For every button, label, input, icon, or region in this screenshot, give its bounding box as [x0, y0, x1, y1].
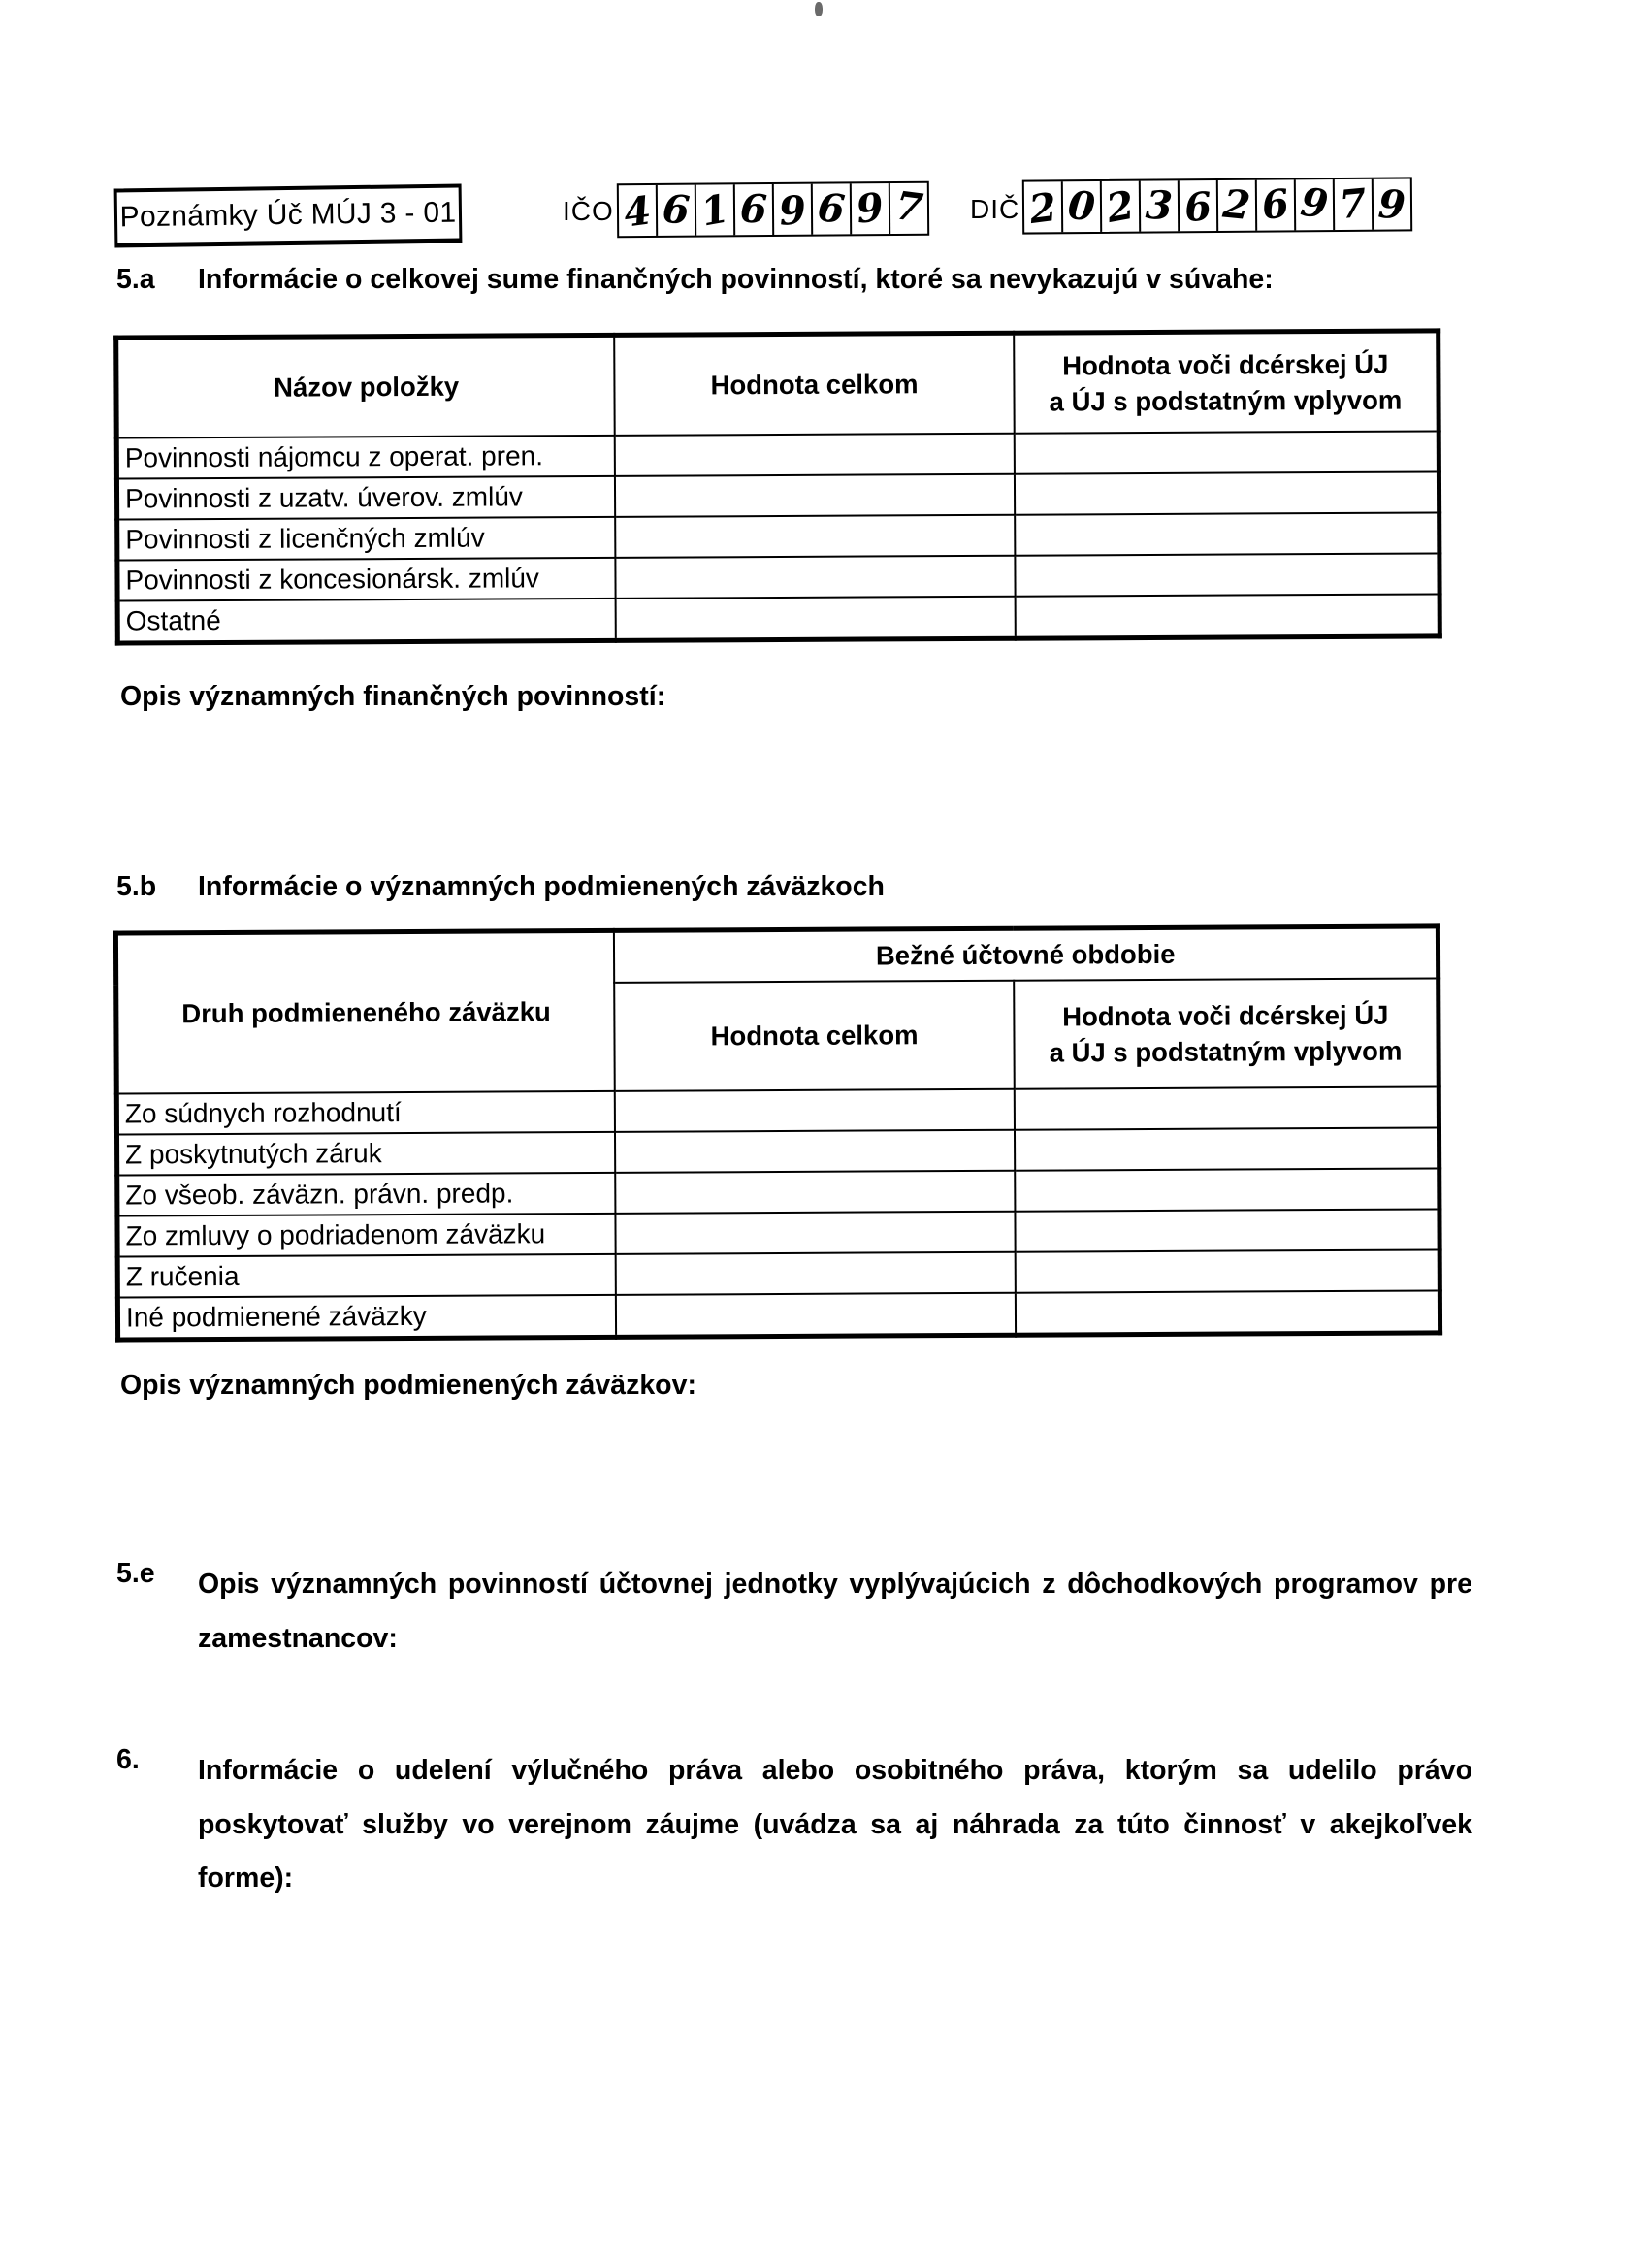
column-header-total: Hodnota celkom — [615, 981, 1015, 1091]
dic-digit: 2 — [1221, 185, 1252, 227]
section-6-number: 6. — [116, 1744, 140, 1776]
value-cell-subsidiary — [1015, 471, 1439, 514]
section-5a-heading: 5.a Informácie o celkovej sume finančnýc… — [116, 264, 1494, 296]
dic-digit-cell: 3 — [1139, 180, 1178, 231]
ico-digit-cell: 6 — [811, 183, 850, 234]
ico-digit-cell: 4 — [619, 185, 656, 236]
row-label-cell: Povinnosti z koncesionársk. zmlúv — [117, 558, 616, 601]
dic-digit: 6 — [1183, 187, 1213, 228]
ico-digit: 6 — [662, 190, 692, 231]
table-row: Povinnosti z uzatv. úverov. zmlúv — [116, 471, 1439, 519]
value-cell-total — [616, 1212, 1016, 1254]
form-code-label: Poznámky Úč MÚJ 3 - 01 — [119, 197, 456, 235]
row-label-cell: Povinnosti z uzatv. úverov. zmlúv — [116, 476, 615, 520]
value-cell-total — [615, 434, 1015, 476]
table-row: Povinnosti nájomcu z operat. pren. — [116, 431, 1439, 478]
dic-digit-cell: 2 — [1216, 180, 1255, 231]
dic-digit-cell: 6 — [1178, 180, 1216, 231]
dic-digit: 9 — [1377, 185, 1406, 226]
dic-digit: 2 — [1104, 186, 1138, 229]
dic-digit: 0 — [1067, 186, 1097, 227]
dic-digit: 3 — [1145, 186, 1174, 226]
column-header-name: Názov položky — [116, 335, 615, 437]
table-row: Zo zmluvy o podriadenom záväzku — [117, 1209, 1439, 1256]
row-label-cell: Zo súdnych rozhodnutí — [116, 1091, 615, 1135]
dic-label: DIČ — [970, 194, 1019, 225]
ico-digit-cell: 9 — [850, 183, 889, 234]
row-label-cell: Z ručenia — [117, 1254, 616, 1298]
value-cell-subsidiary — [1016, 1290, 1440, 1335]
value-cell-subsidiary — [1015, 1209, 1439, 1251]
value-cell-subsidiary — [1015, 1086, 1439, 1129]
dic-digit-cell: 2 — [1100, 181, 1139, 232]
column-header-period: Bežné účtovné obdobie — [614, 926, 1438, 983]
column-header-subsidiary: Hodnota voči dcérskej ÚJ a ÚJ s podstatn… — [1014, 978, 1439, 1088]
contingent-liabilities-table: Druh podmieneného záväzku Bežné účtovné … — [113, 923, 1442, 1342]
table-row: Zo súdnych rozhodnutí — [116, 1086, 1439, 1134]
section-5b-number: 5.b — [116, 871, 156, 903]
table-row: Zo všeob. záväzn. právn. predp. — [117, 1168, 1439, 1215]
table-row: Povinnosti z koncesionársk. zmlúv — [117, 553, 1439, 600]
dic-digit: 9 — [1299, 183, 1331, 225]
value-cell-total — [616, 1171, 1016, 1214]
dic-digit-cell: 2 — [1024, 181, 1061, 232]
dic-digit-cell: 9 — [1372, 178, 1410, 229]
value-cell-subsidiary — [1015, 553, 1439, 596]
row-label-cell: Ostatné — [117, 599, 616, 643]
table-row: Z poskytnutých záruk — [116, 1127, 1439, 1175]
row-label-cell: Povinnosti nájomcu z operat. pren. — [116, 436, 615, 479]
value-cell-subsidiary — [1015, 431, 1439, 473]
dic-digit-cell: 7 — [1333, 179, 1372, 230]
ico-digit: 9 — [855, 188, 886, 230]
section-6-text: Informácie o udelení výlučného práva ale… — [198, 1744, 1472, 1906]
section-6-paragraph: 6. Informácie o udelení výlučného práva … — [116, 1744, 1474, 1906]
value-cell-total — [615, 474, 1015, 517]
ico-digit: 4 — [622, 191, 654, 233]
section-5b-heading: 5.b Informácie o významných podmienených… — [116, 871, 1494, 903]
dic-digit-cell: 6 — [1255, 179, 1294, 230]
section-5e-text: Opis významných povinností účtovnej jedn… — [198, 1558, 1472, 1666]
row-label-cell: Z poskytnutých záruk — [116, 1132, 615, 1176]
value-cell-subsidiary — [1015, 594, 1439, 638]
ico-digit: 1 — [698, 189, 732, 232]
table-header-row: Názov položky Hodnota celkom Hodnota voč… — [116, 331, 1439, 438]
value-cell-subsidiary — [1015, 1127, 1439, 1170]
ico-digit: 6 — [816, 188, 847, 230]
dic-digit: 7 — [1338, 184, 1369, 225]
column-header-total: Hodnota celkom — [615, 333, 1015, 436]
value-cell-subsidiary — [1015, 1168, 1439, 1211]
dic-digit-grid: 2 0 2 3 6 2 6 9 7 9 — [1022, 177, 1412, 234]
value-cell-total — [616, 1293, 1016, 1338]
table-row: Ostatné — [117, 594, 1439, 643]
row-label-cell: Zo zmluvy o podriadenom záväzku — [117, 1214, 616, 1257]
ico-digit-grid: 4 6 1 6 9 6 9 7 — [617, 181, 929, 239]
scanned-form-page: Poznámky Úč MÚJ 3 - 01 IČO 4 6 1 6 9 6 9… — [0, 0, 1649, 2268]
row-label-cell: Zo všeob. záväzn. právn. predp. — [117, 1173, 616, 1216]
column-header-subsidiary: Hodnota voči dcérskej ÚJ a ÚJ s podstatn… — [1014, 331, 1439, 434]
contingent-liabilities-description-label: Opis významných podmienených záväzkov: — [120, 1370, 696, 1402]
value-cell-total — [615, 1089, 1015, 1132]
value-cell-subsidiary — [1015, 512, 1439, 555]
form-code-box: Poznámky Úč MÚJ 3 - 01 — [114, 184, 463, 248]
value-cell-total — [616, 597, 1016, 641]
ico-digit: 9 — [778, 191, 808, 232]
section-5e-paragraph: 5.e Opis významných povinností účtovnej … — [116, 1558, 1474, 1666]
ico-digit-cell: 7 — [889, 183, 927, 234]
financial-obligations-description-label: Opis významných finančných povinností: — [120, 681, 665, 713]
column-header-liability-type: Druh podmieneného záväzku — [115, 930, 615, 1093]
ico-digit-cell: 6 — [656, 185, 695, 236]
value-cell-total — [615, 1130, 1015, 1173]
ico-digit-cell: 9 — [772, 184, 811, 235]
table-row: Z ručenia — [117, 1249, 1439, 1297]
financial-obligations-table: Názov položky Hodnota celkom Hodnota voč… — [113, 328, 1442, 645]
row-label-cell: Povinnosti z licenčných zmlúv — [117, 517, 616, 561]
row-label-cell: Iné podmienené záväzky — [117, 1295, 616, 1340]
value-cell-total — [616, 515, 1016, 558]
table-row: Povinnosti z licenčných zmlúv — [117, 512, 1439, 560]
ico-digit-cell: 1 — [695, 184, 733, 235]
value-cell-subsidiary — [1016, 1249, 1440, 1292]
dic-digit-cell: 9 — [1294, 179, 1333, 230]
ico-label: IČO — [563, 196, 614, 227]
section-5b-title: Informácie o významných podmienených záv… — [198, 871, 885, 902]
dic-digit: 2 — [1027, 188, 1059, 230]
value-cell-total — [616, 1252, 1016, 1295]
dic-digit: 6 — [1260, 184, 1291, 226]
table-row: Iné podmienené záväzky — [117, 1290, 1439, 1340]
value-cell-total — [616, 556, 1016, 599]
scan-artifact — [815, 2, 823, 16]
section-5a-number: 5.a — [116, 264, 155, 296]
section-5a-title: Informácie o celkovej sume finančných po… — [198, 264, 1274, 295]
ico-digit: 6 — [739, 190, 768, 230]
ico-digit: 7 — [893, 186, 925, 228]
ico-digit-cell: 6 — [733, 184, 772, 235]
section-5e-number: 5.e — [116, 1558, 155, 1590]
table-header-row: Druh podmieneného záväzku Bežné účtovné … — [115, 926, 1438, 986]
dic-digit-cell: 0 — [1061, 181, 1100, 232]
